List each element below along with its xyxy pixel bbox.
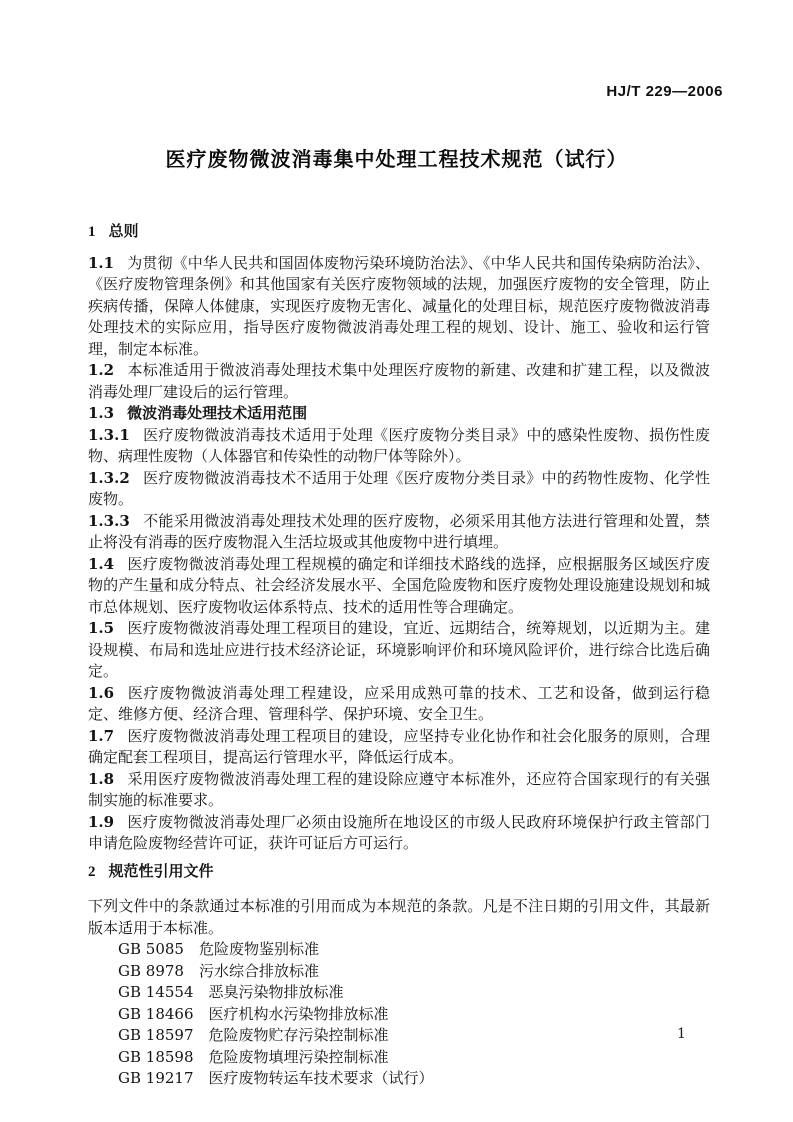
reference-item: GB 19217医疗废物转运车技术要求（试行） [118,1068,710,1090]
clause-number: 1.3 [88,404,114,422]
clause-number: 1.5 [88,619,114,637]
clause-number: 1.2 [88,361,114,379]
clause-1-8: 1.8采用医疗废物微波消毒处理工程的建设除应遵守本标准外，还应符合国家现行的有关… [88,769,710,812]
reference-item: GB 18466医疗机构水污染物排放标准 [118,1004,710,1026]
reference-item: GB 18598危险废物填埋污染控制标准 [118,1047,710,1069]
clause-1-2: 1.2本标准适用于微波消毒处理技术集中处理医疗废物的新建、改建和扩建工程，以及微… [88,360,710,403]
reference-code: GB 5085 [118,940,184,958]
clause-1-5: 1.5医疗废物微波消毒处理工程项目的建设，宜近、远期结合，统筹规划，以近期为主。… [88,618,710,683]
reference-title: 医疗废物转运车技术要求（试行） [209,1069,434,1087]
clause-text: 采用医疗废物微波消毒处理工程的建设除应遵守本标准外，还应符合国家现行的有关强制实… [88,770,710,810]
reference-code: GB 19217 [118,1069,194,1087]
reference-item: GB 14554恶臭污染物排放标准 [118,982,710,1004]
clause-1-3-2: 1.3.2医疗废物微波消毒技术不适用于处理《医疗废物分类目录》中的药物性废物、化… [88,468,710,511]
section-1-title: 总则 [109,223,139,240]
standard-code: HJ/T 229—2006 [606,83,723,100]
clause-text: 微波消毒处理技术适用范围 [127,405,307,422]
clause-number: 1.1 [88,254,114,272]
clause-text: 医疗废物微波消毒处理工程项目的建设，宜近、远期结合，统筹规划，以近期为主。建设规… [88,619,710,680]
document-page: HJ/T 229—2006 医疗废物微波消毒集中处理工程技术规范（试行） 1总则… [0,0,793,1122]
clause-text: 为贯彻《中华人民共和国固体废物污染环境防治法》、《中华人民共和国传染病防治法》、… [88,254,710,358]
clause-text: 医疗废物微波消毒技术适用于处理《医疗废物分类目录》中的感染性废物、损伤性废物、病… [88,426,710,466]
section-1-number: 1 [88,224,96,240]
clause-1-9: 1.9医疗废物微波消毒处理厂必须由设施所在地设区的市级人民政府环境保护行政主管部… [88,812,710,855]
clause-number: 1.9 [88,813,114,831]
clause-1-3-1: 1.3.1医疗废物微波消毒技术适用于处理《医疗废物分类目录》中的感染性废物、损伤… [88,425,710,468]
page-number: 1 [677,1026,686,1042]
document-body: 1总则 1.1为贯彻《中华人民共和国固体废物污染环境防治法》、《中华人民共和国传… [88,221,710,1090]
references-intro: 下列文件中的条款通过本标准的引用而成为本规范的条款。凡是不注日期的引用文件，其最… [88,896,710,939]
clause-number: 1.3.1 [88,426,130,444]
clause-number: 1.8 [88,770,114,788]
clause-number: 1.6 [88,684,114,702]
section-1-heading: 1总则 [88,221,710,244]
reference-title: 恶臭污染物排放标准 [209,983,344,1001]
clause-text: 医疗废物微波消毒处理工程建设，应采用成熟可靠的技术、工艺和设备，做到运行稳定、维… [88,684,710,724]
reference-code: GB 14554 [118,983,194,1001]
clause-number: 1.3.3 [88,512,130,530]
clause-text: 不能采用微波消毒处理技术处理的医疗废物，必须采用其他方法进行管理和处置，禁止将没… [88,512,710,552]
reference-item: GB 8978污水综合排放标准 [118,961,710,983]
section-2-number: 2 [88,864,96,880]
clause-text: 本标准适用于微波消毒处理技术集中处理医疗废物的新建、改建和扩建工程，以及微波消毒… [88,361,710,401]
reference-code: GB 18598 [118,1048,194,1066]
section-2-title: 规范性引用文件 [109,863,214,880]
clause-1-1: 1.1为贯彻《中华人民共和国固体废物污染环境防治法》、《中华人民共和国传染病防治… [88,253,710,361]
reference-title: 危险废物填埋污染控制标准 [209,1048,389,1066]
reference-item: GB 18597危险废物贮存污染控制标准 [118,1025,710,1047]
clause-1-4: 1.4医疗废物微波消毒处理工程规模的确定和详细技术路线的选择，应根据服务区域医疗… [88,554,710,619]
clause-number: 1.4 [88,555,114,573]
clause-text: 医疗废物微波消毒处理工程项目的建设，应坚持专业化协作和社会化服务的原则，合理确定… [88,727,710,767]
reference-title: 危险废物鉴别标准 [199,940,319,958]
clause-number: 1.3.2 [88,469,130,487]
clause-1-3: 1.3微波消毒处理技术适用范围 [88,403,710,425]
reference-code: GB 8978 [118,962,184,980]
clause-1-7: 1.7医疗废物微波消毒处理工程项目的建设，应坚持专业化协作和社会化服务的原则，合… [88,726,710,769]
clause-text: 医疗废物微波消毒处理厂必须由设施所在地设区的市级人民政府环境保护行政主管部门申请… [88,813,710,853]
clause-number: 1.7 [88,727,114,745]
clause-1-6: 1.6医疗废物微波消毒处理工程建设，应采用成熟可靠的技术、工艺和设备，做到运行稳… [88,683,710,726]
reference-title: 污水综合排放标准 [199,962,319,980]
clause-text: 医疗废物微波消毒技术不适用于处理《医疗废物分类目录》中的药物性废物、化学性废物。 [88,469,710,509]
reference-title: 医疗机构水污染物排放标准 [209,1005,389,1023]
reference-item: GB 5085危险废物鉴别标准 [118,939,710,961]
clause-1-3-3: 1.3.3不能采用微波消毒处理技术处理的医疗废物，必须采用其他方法进行管理和处置… [88,511,710,554]
clause-text: 医疗废物微波消毒处理工程规模的确定和详细技术路线的选择，应根据服务区域医疗废物的… [88,555,710,616]
reference-code: GB 18466 [118,1005,194,1023]
reference-title: 危险废物贮存污染控制标准 [209,1026,389,1044]
section-2-heading: 2规范性引用文件 [88,861,710,884]
reference-code: GB 18597 [118,1026,194,1044]
document-title: 医疗废物微波消毒集中处理工程技术规范（试行） [0,143,793,172]
reference-list: GB 5085危险废物鉴别标准 GB 8978污水综合排放标准 GB 14554… [88,939,710,1090]
